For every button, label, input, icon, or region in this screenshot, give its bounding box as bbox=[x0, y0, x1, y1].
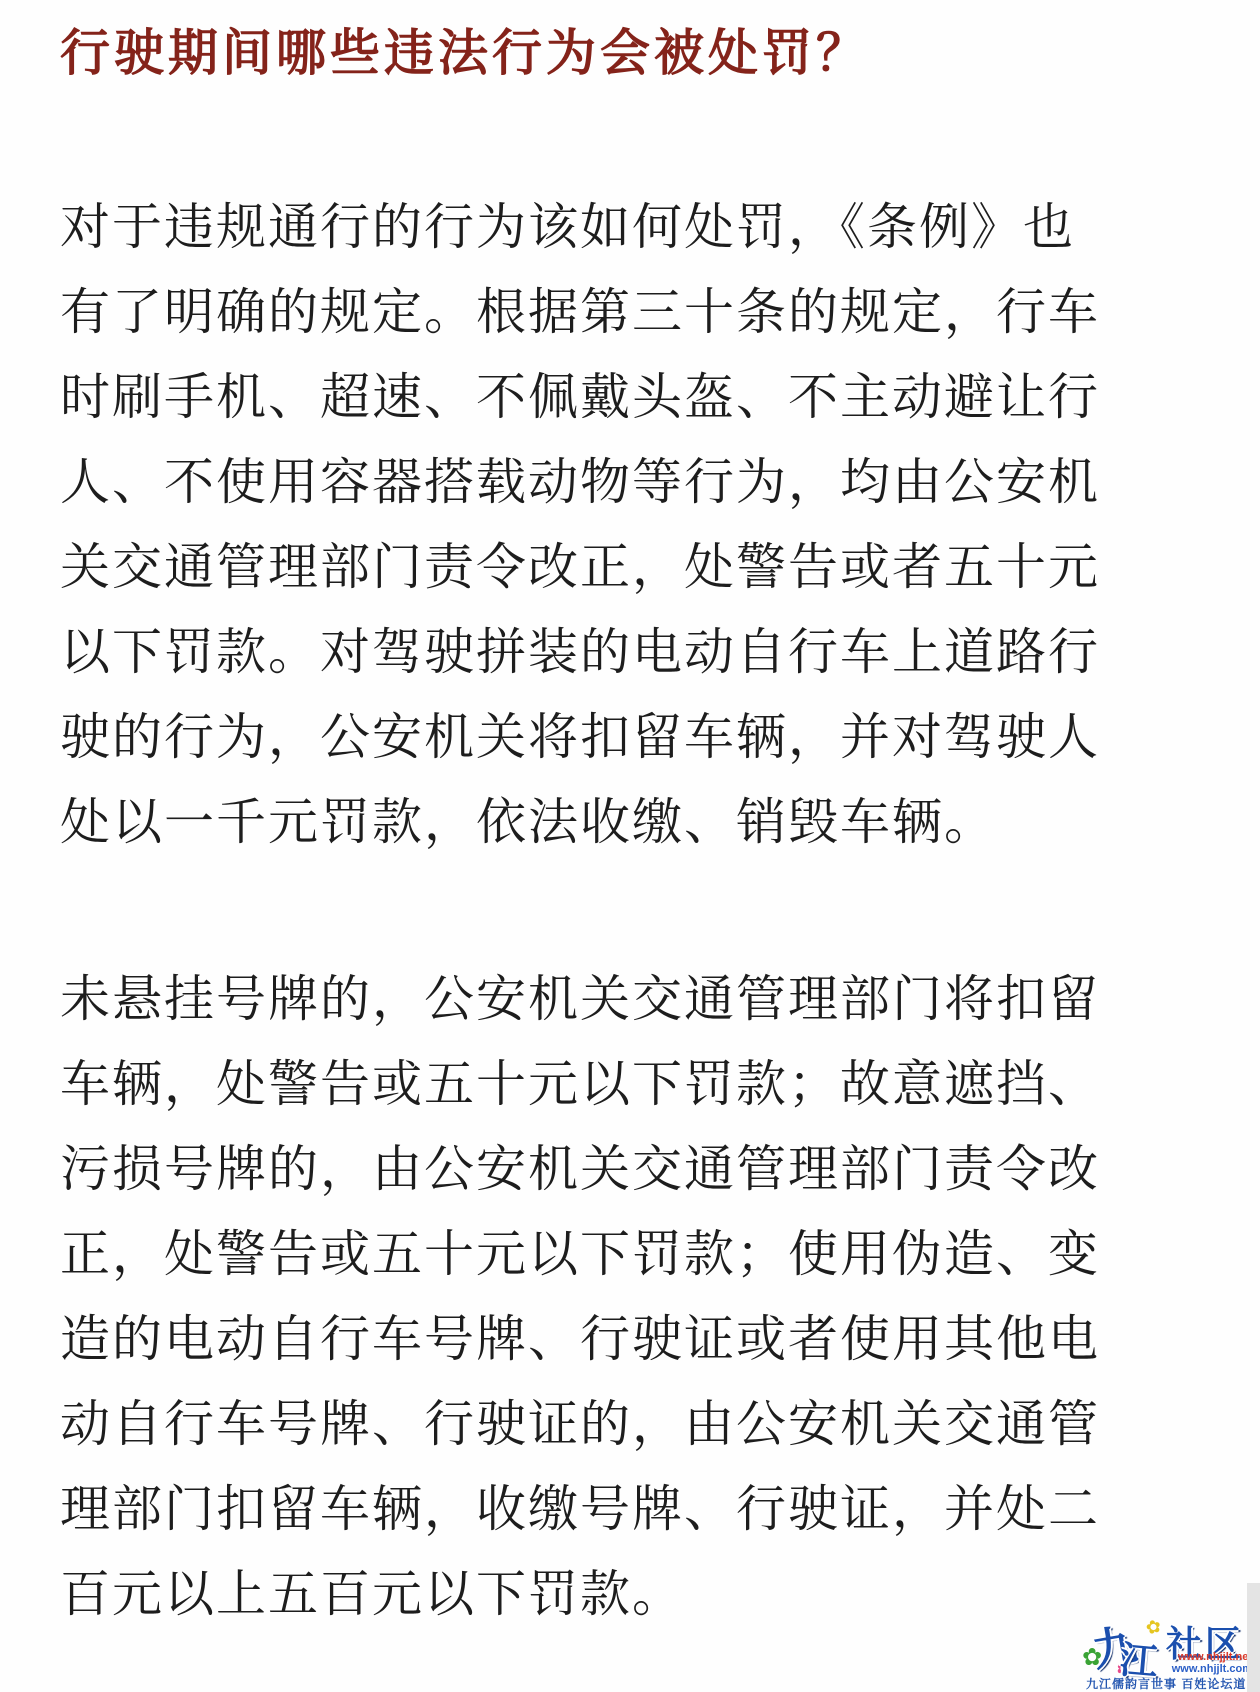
text-line: 理部门扣留车辆，收缴号牌、行驶证，并处二 bbox=[60, 1467, 1205, 1552]
text-line: 动自行车号牌、行驶证的，由公安机关交通管 bbox=[60, 1382, 1205, 1467]
page-title: 行驶期间哪些违法行为会被处罚？ bbox=[60, 25, 1205, 81]
text-line: 未悬挂号牌的，公安机关交通管理部门将扣留 bbox=[60, 957, 1205, 1042]
text-line: 关交通管理部门责令改正，处警告或者五十元 bbox=[60, 525, 1205, 610]
text-line: 人、不使用容器搭载动物等行为，均由公安机 bbox=[60, 440, 1205, 525]
jiujiang-community-watermark: ✿ ✿ ✿ 九 江 社区 www.nhjjlt.net www.nhjjlt.c… bbox=[1080, 1598, 1260, 1692]
text-line: 污损号牌的，由公安机关交通管理部门责令改 bbox=[60, 1127, 1205, 1212]
text-line: 造的电动自行车号牌、行驶证或者使用其他电 bbox=[60, 1297, 1205, 1382]
watermark-url-com: www.nhjjlt.com bbox=[1172, 1664, 1252, 1675]
text-line: 驶的行为，公安机关将扣留车辆，并对驾驶人 bbox=[60, 695, 1205, 780]
text-line: 处以一千元罚款，依法收缴、销毁车辆。 bbox=[60, 780, 1205, 865]
paragraph: 未悬挂号牌的，公安机关交通管理部门将扣留 车辆，处警告或五十元以下罚款；故意遮挡… bbox=[60, 957, 1205, 1637]
watermark-url-net: www.nhjjlt.net bbox=[1178, 1652, 1252, 1663]
text-line: 正，处警告或五十元以下罚款；使用伪造、变 bbox=[60, 1212, 1205, 1297]
text-line: 时刷手机、超速、不佩戴头盔、不主动避让行 bbox=[60, 355, 1205, 440]
text-line: 百元以上五百元以下罚款。 bbox=[60, 1552, 1205, 1637]
watermark-tagline: 九江儒韵言世事 百姓论坛道民生 bbox=[1086, 1678, 1260, 1690]
text-line: 对于违规通行的行为该如何处罚，《条例》也 bbox=[60, 185, 1205, 270]
corner-gray-strip bbox=[1247, 1583, 1260, 1692]
text-line: 有了明确的规定。根据第三十条的规定，行车 bbox=[60, 270, 1205, 355]
paragraph: 对于违规通行的行为该如何处罚，《条例》也 有了明确的规定。根据第三十条的规定，行… bbox=[60, 185, 1205, 865]
text-line: 以下罚款。对驾驶拼装的电动自行车上道路行 bbox=[60, 610, 1205, 695]
text-line: 车辆，处警告或五十元以下罚款；故意遮挡、 bbox=[60, 1042, 1205, 1127]
article-page: 行驶期间哪些违法行为会被处罚？ 对于违规通行的行为该如何处罚，《条例》也 有了明… bbox=[0, 0, 1260, 1692]
article-content: 行驶期间哪些违法行为会被处罚？ 对于违规通行的行为该如何处罚，《条例》也 有了明… bbox=[0, 0, 1260, 1637]
